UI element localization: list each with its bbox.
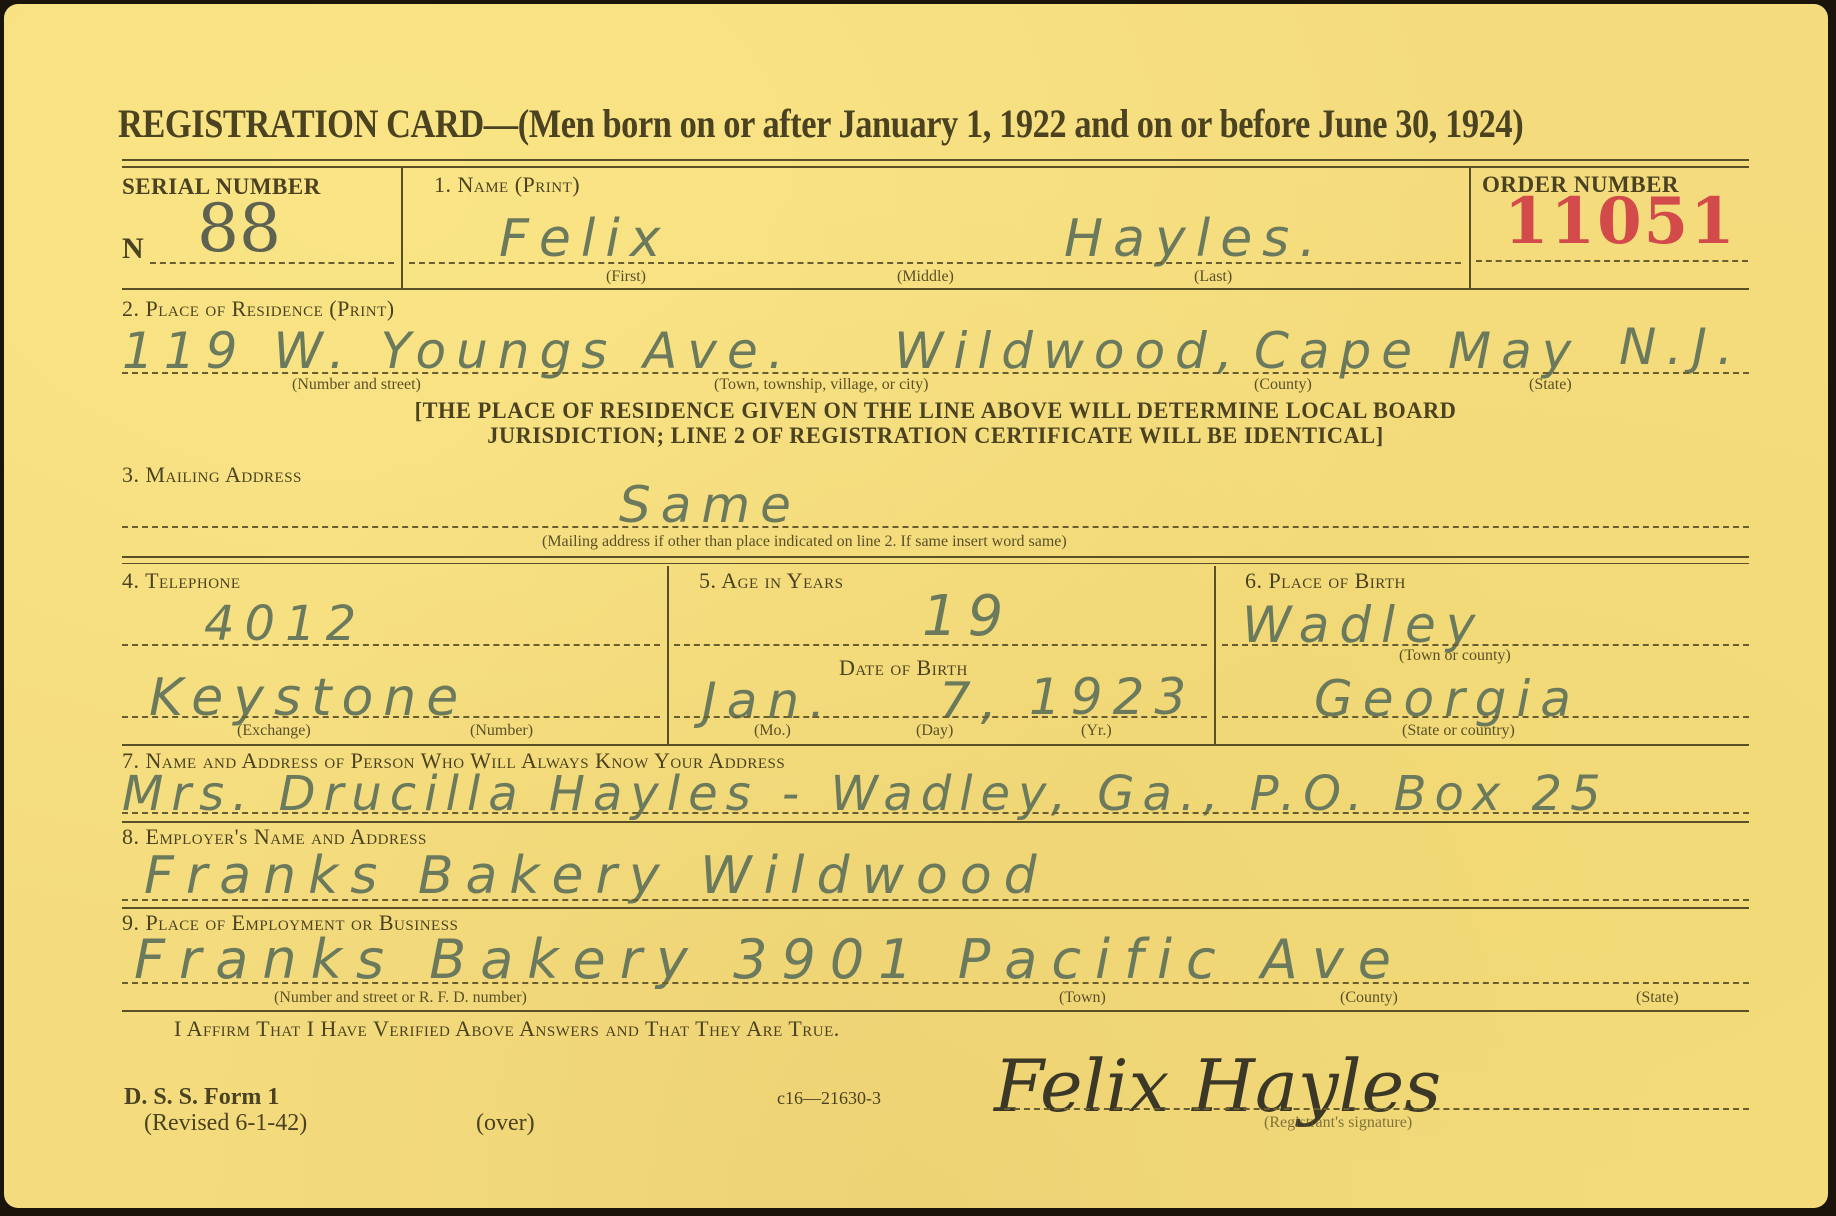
telephone-line-2 [122,716,660,718]
mailing-caption: (Mailing address if other than place ind… [542,533,1067,551]
residence-line [122,372,1749,374]
jurisdiction-note-line2: JURISDICTION; LINE 2 OF REGISTRATION CER… [146,423,1724,449]
serial-value: 88 [197,190,281,267]
name-last-value: Hayles. [1064,209,1326,269]
row1-rule [122,288,1749,290]
grid-divider-2 [1214,566,1216,744]
birthplace-label: 6. Place of Birth [1245,568,1406,594]
row8-rule [122,907,1749,909]
order-divider [1469,168,1471,288]
telephone-caption-number: (Number) [470,722,533,740]
dob-line [674,716,1207,718]
grid-bottom-rule [122,744,1749,746]
residence-caption-town: (Town, township, village, or city) [714,376,928,394]
name-label: 1. Name (Print) [434,172,580,198]
serial-prefix: N [122,232,144,266]
affirmation-text: I Affirm That I Have Verified Above Answ… [174,1016,840,1042]
birthplace-caption-town: (Town or county) [1399,647,1511,665]
age-value: 19 [922,584,1013,649]
dob-caption-day: (Day) [916,722,953,740]
telephone-exchange-value: Keystone [149,668,468,728]
print-code: c16—21630-3 [777,1088,881,1109]
employment-caption-street: (Number and street or R. F. D. number) [274,989,527,1007]
employment-caption-town: (Town) [1059,989,1106,1007]
title-rule-top [122,159,1749,161]
residence-caption-county: (County) [1254,376,1312,394]
serial-divider [401,168,403,288]
name-caption-middle: (Middle) [897,268,954,286]
card-title: REGISTRATION CARD—(Men born on or after … [118,100,1523,147]
telephone-caption-exchange: (Exchange) [237,722,311,740]
age-label: 5. Age in Years [699,568,843,594]
serial-line [150,262,394,264]
form-name: D. S. S. Form 1 [124,1084,279,1111]
order-line [1476,260,1748,262]
residence-caption-street: (Number and street) [292,376,421,394]
name-caption-last: (Last) [1194,268,1232,286]
telephone-line-1 [122,644,660,646]
mailing-line [122,526,1749,528]
form-revised: (Revised 6-1-42) [144,1110,307,1137]
form-over: (over) [476,1110,535,1137]
contact-line [122,812,1749,814]
name-caption-first: (First) [606,268,646,286]
mailing-label: 3. Mailing Address [122,462,302,488]
residence-caption-state: (State) [1529,376,1572,394]
row9-rule [122,1010,1749,1012]
birthplace-caption-state: (State or country) [1402,722,1515,740]
row3-rule-bottom [122,563,1749,564]
employer-value: Franks Bakery Wildwood [144,846,1049,906]
employer-line [122,899,1749,901]
row7-rule [122,821,1749,823]
signature-caption: (Registrant's signature) [1264,1114,1412,1132]
residence-state-value: N.J. [1619,318,1743,376]
employment-caption-county: (County) [1340,989,1398,1007]
name-line [409,262,1461,264]
birthplace-state-value: Georgia [1314,670,1581,728]
age-line [674,644,1207,646]
employment-caption-state: (State) [1636,989,1679,1007]
birthplace-line-2 [1222,716,1749,718]
name-first-value: Felix [499,209,671,269]
birthplace-line-1 [1222,644,1749,646]
row3-rule-top [122,556,1749,558]
order-value: 11051 [1504,184,1737,259]
registration-card: REGISTRATION CARD—(Men born on or after … [4,4,1828,1208]
dob-caption-year: (Yr.) [1081,722,1112,740]
title-rule-bottom [122,166,1749,168]
employment-line [122,982,1749,984]
telephone-label: 4. Telephone [122,568,241,594]
grid-divider-1 [667,566,669,744]
jurisdiction-note-line1: [THE PLACE OF RESIDENCE GIVEN ON THE LIN… [146,398,1724,424]
signature-line [1004,1108,1749,1110]
residence-label: 2. Place of Residence (Print) [122,296,395,322]
dob-caption-month: (Mo.) [754,722,791,740]
